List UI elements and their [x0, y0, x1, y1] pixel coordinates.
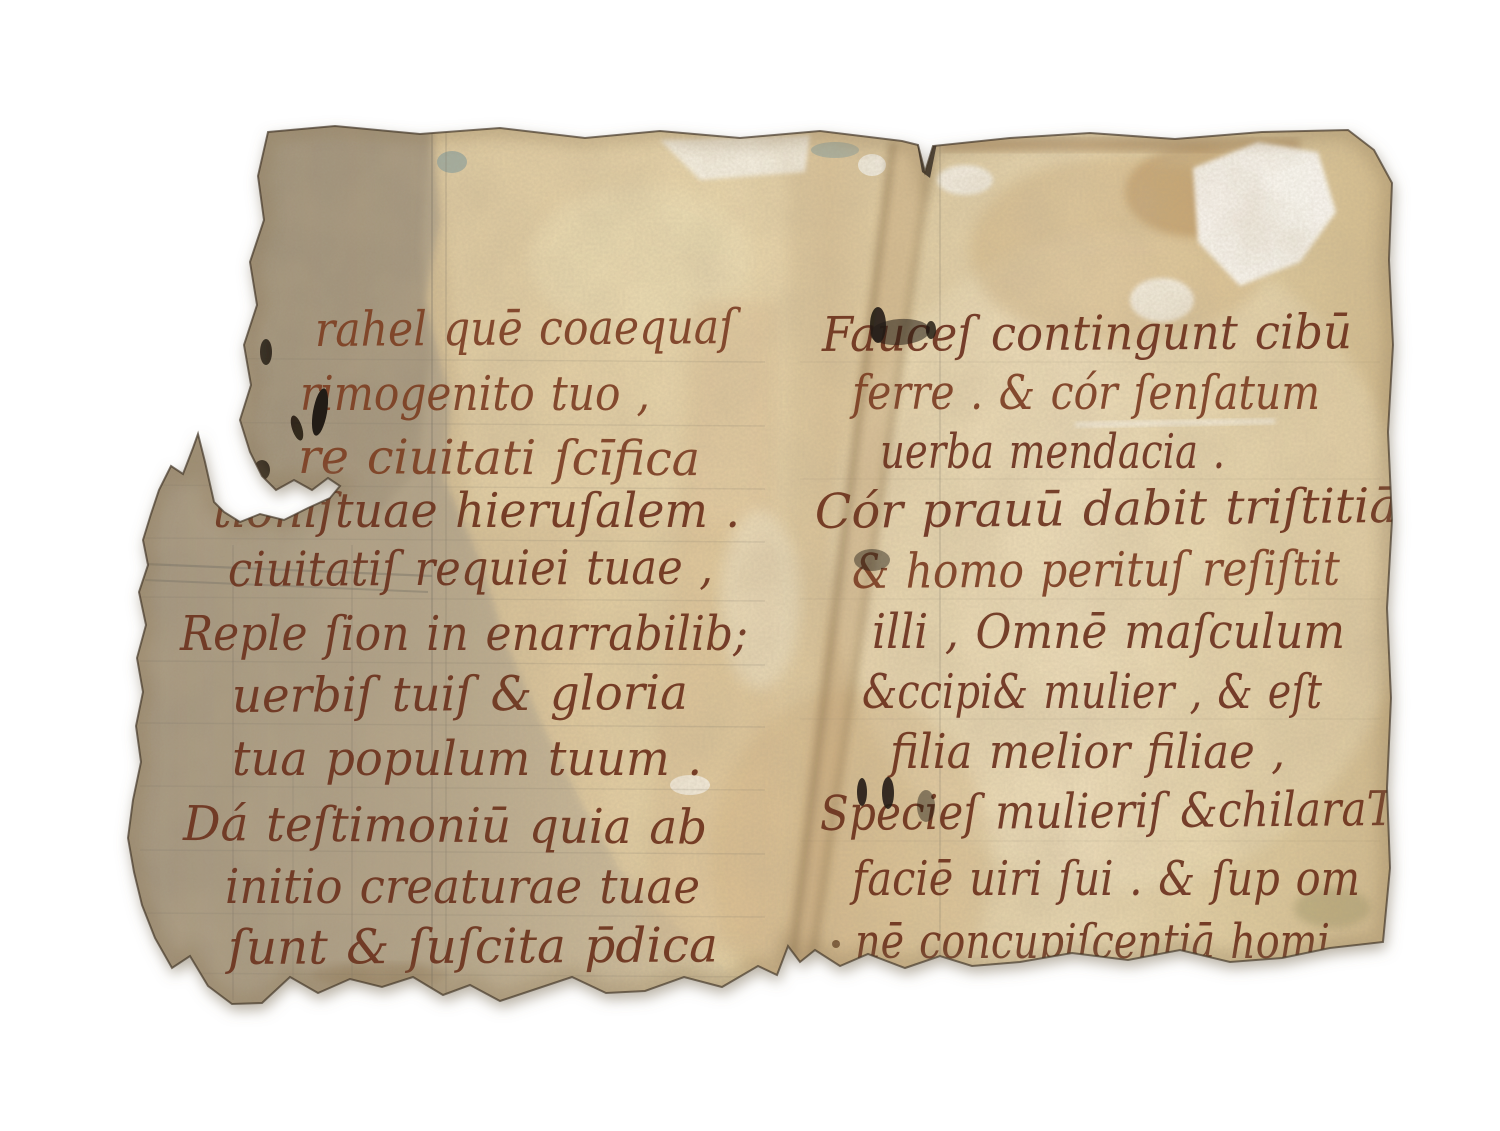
right-page-line: Specieſ mulieriſ &chilaraT — [820, 781, 1398, 842]
left-page-line: uerbiſ tuiſ & gloria — [232, 665, 688, 724]
right-page-line: faciē uiri ſui . & ſup om — [849, 851, 1360, 907]
right-page-line: Cór prauū dabit triſtitiā — [815, 478, 1399, 540]
right-page-line: ferre . & cór ſenſatum — [849, 365, 1320, 421]
right-page-line: illi , Omnē maſculum — [872, 604, 1345, 660]
left-page-line: tua populum tuum . — [232, 731, 702, 787]
manuscript-leaf: rahel quē coaequaſ rimogenito tuo , re c… — [90, 90, 1410, 1030]
left-page-line: Reple ſion in enarrabilib; — [179, 606, 748, 662]
left-page-line: rimogenito tuo , — [300, 366, 650, 422]
left-page-line: re ciuitati ſcīfica — [298, 429, 700, 487]
left-page-line: rahel quē coaequaſ — [315, 299, 742, 358]
right-page-text: Fauceſ contingunt cibū ferre . & cór ſen… — [815, 304, 1399, 970]
left-page-line: ciuitatiſ requiei tuae , — [228, 539, 713, 598]
right-page-line: & homo perituſ reſiſtit — [852, 541, 1341, 600]
right-page-line: filia melior filiae , — [887, 724, 1285, 780]
right-page-line: uerba mendacia . — [880, 424, 1225, 480]
left-page-line: Dá teſtimoniū quia ab — [182, 796, 707, 856]
left-page-line: initio creaturae tuae — [225, 859, 700, 915]
left-page-line: ſunt & ſuſcita p̄dica — [225, 917, 718, 976]
manuscript-photo: rahel quē coaequaſ rimogenito tuo , re c… — [0, 0, 1500, 1131]
left-page-line: tioniſtuae hieruſalem . — [213, 483, 740, 539]
right-page-line: &ccipi& mulier , & eſt — [862, 664, 1323, 720]
